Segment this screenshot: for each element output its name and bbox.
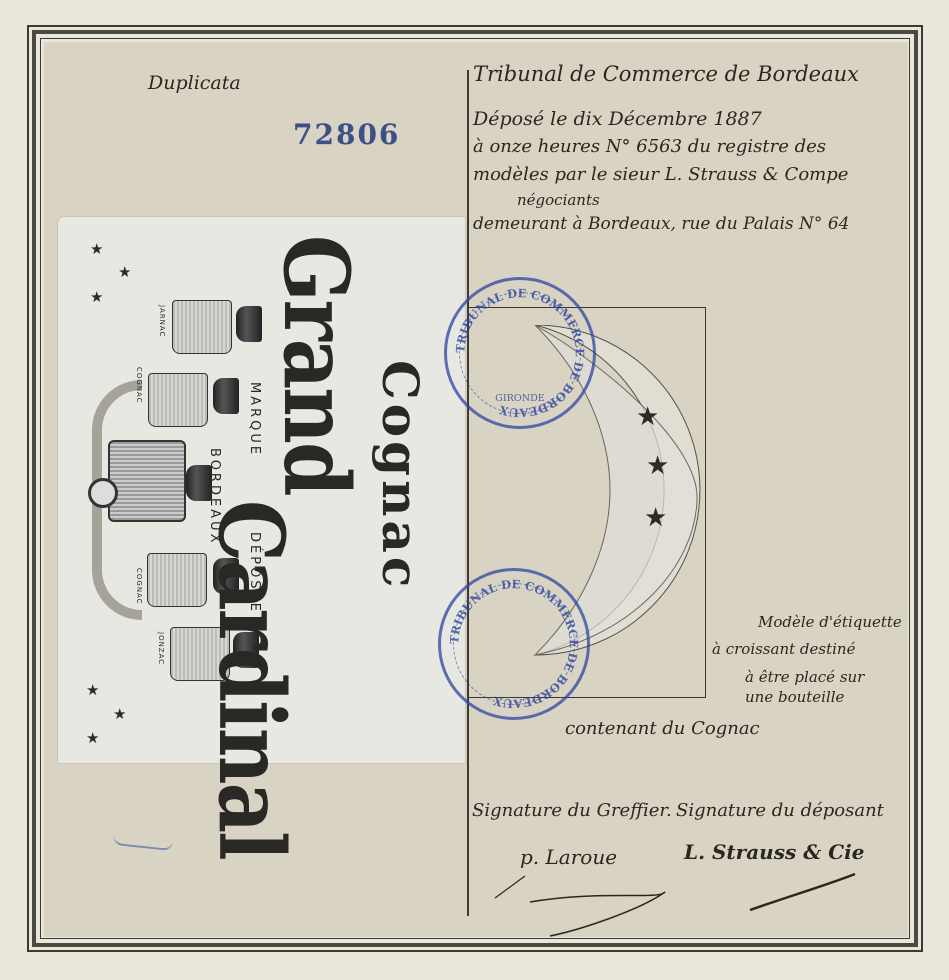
seal-text-ring: TRIBUNAL DE COMMERCE DE BORDEAUX	[441, 571, 587, 717]
town-label-jonzac: JONZAC	[157, 632, 165, 665]
label-bordeaux: BORDEAUX	[207, 448, 222, 546]
duplicate-note: Duplicata	[148, 72, 241, 94]
svg-text:GIRONDE: GIRONDE	[495, 393, 545, 404]
star-icon: ★	[644, 505, 667, 531]
star-icon: ★	[90, 290, 103, 305]
label-deposee: DÉPOSÉE	[247, 532, 262, 614]
depositor-profession: négociants	[517, 191, 600, 209]
model-desc-line-4: une bouteille	[745, 688, 844, 706]
label-word-cognac: Cognac	[371, 360, 430, 591]
label-word-grand: Grand	[263, 235, 368, 495]
svg-text:TRIBUNAL DE COMMERCE DE BORDEA: TRIBUNAL DE COMMERCE DE BORDEAUX	[453, 286, 587, 420]
star-icon: ★	[90, 242, 103, 257]
jarnac-coat-of-arms	[172, 300, 232, 354]
model-desc-line-5: contenant du Cognac	[565, 718, 760, 739]
bordeaux-coat-of-arms	[108, 440, 186, 522]
depositor-line: modèles par le sieur L. Strauss & Compe	[473, 164, 848, 185]
town-label-cognac-2: COGNAC	[135, 568, 143, 605]
deposit-date-line: Déposé le dix Décembre 1887	[473, 108, 762, 130]
town-label-jarnac: JARNAC	[158, 305, 166, 337]
model-desc-line-2: à croissant destiné	[712, 640, 855, 658]
mural-crown-icon	[213, 378, 239, 414]
star-icon: ★	[646, 453, 669, 479]
svg-text:TRIBUNAL DE COMMERCE DE BORDEA: TRIBUNAL DE COMMERCE DE BORDEAUX	[447, 577, 581, 711]
town-label-cognac: COGNAC	[135, 367, 143, 404]
star-icon: ★	[86, 683, 99, 698]
mural-crown-icon	[236, 306, 262, 342]
court-seal-stamp-2: TRIBUNAL DE COMMERCE DE BORDEAUX	[438, 568, 590, 720]
registration-number: 72806	[293, 118, 400, 151]
court-title: Tribunal de Commerce de Bordeaux	[473, 62, 859, 86]
model-desc-line-1: Modèle d'étiquette	[758, 613, 902, 631]
seal-text-ring: TRIBUNAL DE COMMERCE DE BORDEAUX GIRONDE	[447, 280, 593, 426]
deposit-time-line: à onze heures N° 6563 du registre des	[473, 136, 826, 157]
cognac-coat-of-arms	[148, 373, 208, 427]
star-icon: ★	[118, 265, 131, 280]
model-desc-line-3: à être placé sur	[745, 668, 864, 686]
star-icon: ★	[636, 404, 659, 430]
court-seal-stamp: TRIBUNAL DE COMMERCE DE BORDEAUX GIRONDE	[444, 277, 596, 429]
depositor-signature-label: Signature du déposant	[676, 800, 884, 821]
medallion-icon	[88, 478, 118, 508]
label-marque: MARQUE	[247, 382, 262, 457]
depositor-address: demeurant à Bordeaux, rue du Palais N° 6…	[473, 214, 849, 234]
star-icon: ★	[86, 731, 99, 746]
clerk-signature-label: Signature du Greffier.	[472, 800, 672, 821]
signature-flourish	[490, 830, 870, 940]
star-icon: ★	[113, 707, 126, 722]
